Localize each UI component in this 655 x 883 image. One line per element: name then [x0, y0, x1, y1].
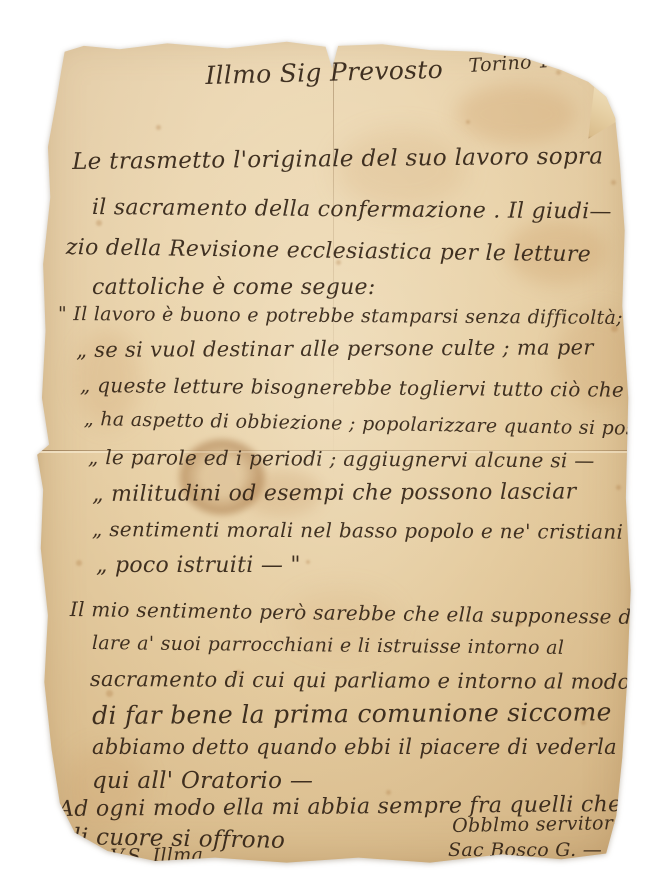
letter-paper: Illmo Sig Prevosto Torino 10 lug. 58 Le … [36, 30, 633, 866]
quoted-line: „ se si vuol destinar alle persone culte… [76, 336, 594, 362]
foxing-spot [96, 220, 102, 226]
folded-corner-top-right [586, 71, 641, 142]
quoted-line: „ queste letture bisognerebbe togliervi … [80, 374, 624, 401]
photo-background: Illmo Sig Prevosto Torino 10 lug. 58 Le … [0, 0, 655, 883]
foxing-spot [156, 125, 161, 130]
foxing-spot [616, 485, 621, 490]
closing-line: Di V.S. Illma [82, 845, 203, 868]
foxing-spot [306, 560, 310, 564]
quoted-line: " Il lavoro è buono e potrebbe stamparsi… [58, 304, 623, 329]
handwritten-line: cattoliche è come segue: [92, 276, 376, 300]
handwritten-line: Il mio sentimento però sarebbe che ella … [70, 598, 655, 629]
dateline: Torino 10 lug. 58 [468, 46, 639, 77]
quoted-line: „ le parole ed i periodi ; aggiugnervi a… [88, 446, 595, 472]
letter-paper-wrapper: Illmo Sig Prevosto Torino 10 lug. 58 Le … [0, 0, 655, 883]
handwritten-line: zio della Revisione ecclesiastica per le… [66, 236, 592, 268]
handwritten-line: sacramento di cui qui parliamo e intorno… [90, 668, 631, 694]
foxing-spot [76, 560, 82, 566]
signature-name: Sac Bosco G. — [448, 840, 602, 861]
salutation-line: Illmo Sig Prevosto [205, 56, 443, 90]
handwritten-line: il sacramento della confermazione . Il g… [92, 196, 612, 225]
signature-title: Obblmo servitore [452, 813, 625, 837]
quoted-line: „ militudini od esempi che possono lasci… [92, 480, 577, 507]
handwritten-line: abbiamo detto quando ebbi il piacere di … [92, 736, 617, 759]
foxing-spot [466, 120, 470, 124]
handwritten-line: lare a' suoi parrocchiani e li istruisse… [92, 633, 564, 659]
handwritten-line: qui all' Oratorio — [92, 769, 313, 794]
quoted-line: „ poco istruiti — " [96, 554, 301, 578]
foxing-spot [611, 180, 616, 185]
quoted-line: „ sentimenti morali nel basso popolo e n… [92, 518, 623, 543]
handwritten-line: Le trasmetto l'originale del suo lavoro … [72, 144, 603, 175]
quoted-line: „ ha aspetto di obbiezione ; popolarizza… [84, 409, 655, 440]
stain [456, 84, 576, 144]
handwritten-line: di far bene la prima comunione siccome [92, 698, 612, 729]
